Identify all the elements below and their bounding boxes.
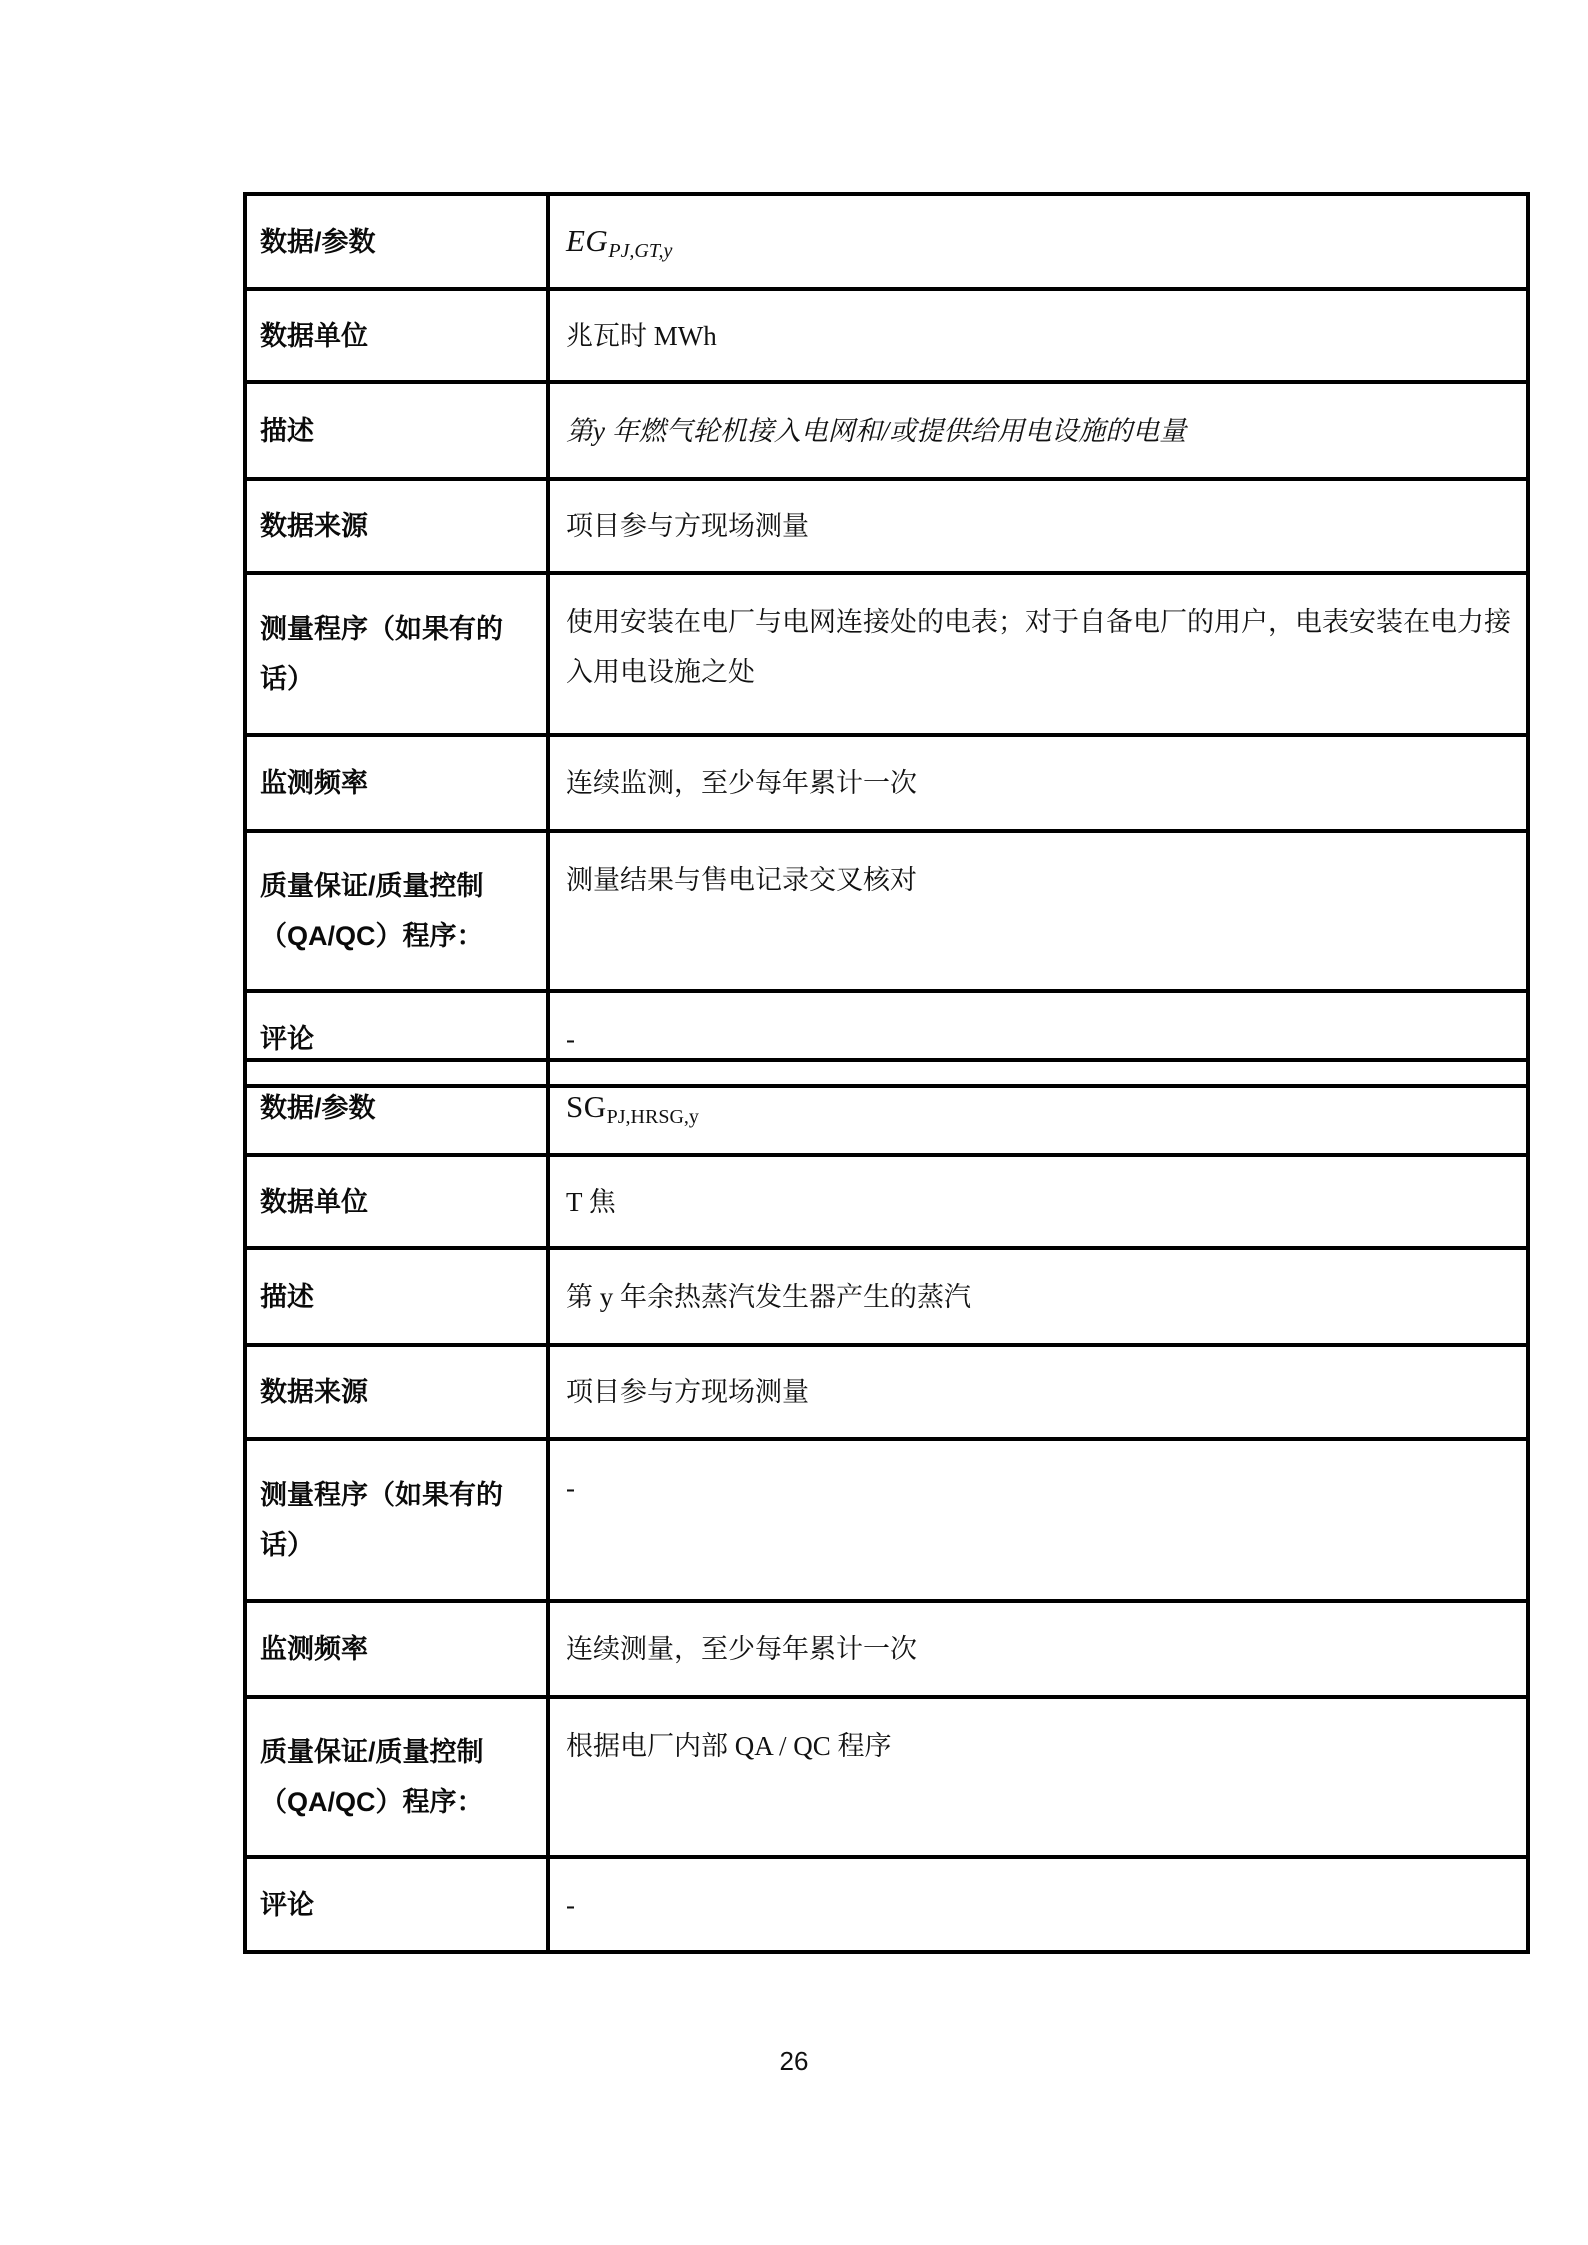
field-label-data-parameter: 数据/参数 bbox=[245, 1060, 548, 1155]
field-value-measurement-procedure: 使用安装在电厂与电网连接处的电表；对于自备电厂的用户，电表安装在电力接入用电设施… bbox=[548, 573, 1528, 735]
field-value-data-source: 项目参与方现场测量 bbox=[548, 1345, 1528, 1439]
field-value-qa-qc-procedures: 测量结果与售电记录交叉核对 bbox=[548, 831, 1528, 991]
table-row: 描述 第 y 年余热蒸汽发生器产生的蒸汽 bbox=[245, 1248, 1528, 1345]
field-label-monitoring-frequency: 监测频率 bbox=[245, 1601, 548, 1697]
table-row: 评论 - bbox=[245, 1857, 1528, 1952]
parameter-subscript: PJ,HRSG,y bbox=[607, 1106, 699, 1128]
table-row: 数据来源 项目参与方现场测量 bbox=[245, 1345, 1528, 1439]
field-value-monitoring-frequency: 连续监测，至少每年累计一次 bbox=[548, 735, 1528, 831]
document-page: { "page": { "number": "26", "border_colo… bbox=[0, 0, 1588, 2245]
table-row: 描述 第y 年燃气轮机接入电网和/或提供给用电设施的电量 bbox=[245, 382, 1528, 479]
table-row: 质量保证/质量控制（QA/QC）程序： 根据电厂内部 QA / QC 程序 bbox=[245, 1697, 1528, 1857]
table-row: 测量程序（如果有的话） - bbox=[245, 1439, 1528, 1601]
field-value-description: 第 y 年余热蒸汽发生器产生的蒸汽 bbox=[548, 1248, 1528, 1345]
field-value-measurement-procedure: - bbox=[548, 1439, 1528, 1601]
field-label-description: 描述 bbox=[245, 1248, 548, 1345]
field-label-monitoring-frequency: 监测频率 bbox=[245, 735, 548, 831]
field-value-comment: - bbox=[548, 1857, 1528, 1952]
table-row: 数据/参数 SGPJ,HRSG,y bbox=[245, 1060, 1528, 1155]
table-row: 监测频率 连续测量，至少每年累计一次 bbox=[245, 1601, 1528, 1697]
field-value-data-source: 项目参与方现场测量 bbox=[548, 479, 1528, 573]
parameter-table-1: 数据/参数 EGPJ,GT,y 数据单位 兆瓦时 MWh 描述 第y 年燃气轮机… bbox=[243, 192, 1530, 1088]
table-row: 监测频率 连续监测，至少每年累计一次 bbox=[245, 735, 1528, 831]
table-row: 质量保证/质量控制（QA/QC）程序： 测量结果与售电记录交叉核对 bbox=[245, 831, 1528, 991]
field-value-qa-qc-procedures: 根据电厂内部 QA / QC 程序 bbox=[548, 1697, 1528, 1857]
field-value-data-unit: 兆瓦时 MWh bbox=[548, 289, 1528, 382]
field-label-qa-qc-procedures: 质量保证/质量控制（QA/QC）程序： bbox=[245, 831, 548, 991]
field-value-data-unit: T 焦 bbox=[548, 1155, 1528, 1248]
field-label-data-source: 数据来源 bbox=[245, 1345, 548, 1439]
field-label-qa-qc-procedures: 质量保证/质量控制（QA/QC）程序： bbox=[245, 1697, 548, 1857]
field-value-description: 第y 年燃气轮机接入电网和/或提供给用电设施的电量 bbox=[548, 382, 1528, 479]
field-value-monitoring-frequency: 连续测量，至少每年累计一次 bbox=[548, 1601, 1528, 1697]
table-row: 测量程序（如果有的话） 使用安装在电厂与电网连接处的电表；对于自备电厂的用户，电… bbox=[245, 573, 1528, 735]
field-label-data-unit: 数据单位 bbox=[245, 289, 548, 382]
field-label-measurement-procedure: 测量程序（如果有的话） bbox=[245, 573, 548, 735]
parameter-table-2: 数据/参数 SGPJ,HRSG,y 数据单位 T 焦 描述 第 y 年余热蒸汽发… bbox=[243, 1058, 1530, 1954]
parameter-symbol: SGPJ,HRSG,y bbox=[566, 1089, 699, 1124]
field-label-data-unit: 数据单位 bbox=[245, 1155, 548, 1248]
table-row: 数据单位 兆瓦时 MWh bbox=[245, 289, 1528, 382]
parameter-subscript: PJ,GT,y bbox=[608, 240, 672, 262]
parameter-symbol: EGPJ,GT,y bbox=[566, 223, 672, 258]
field-label-data-source: 数据来源 bbox=[245, 479, 548, 573]
table-row: 数据来源 项目参与方现场测量 bbox=[245, 479, 1528, 573]
table-row: 数据/参数 EGPJ,GT,y bbox=[245, 194, 1528, 289]
field-label-measurement-procedure: 测量程序（如果有的话） bbox=[245, 1439, 548, 1601]
field-value-data-parameter: SGPJ,HRSG,y bbox=[548, 1060, 1528, 1155]
field-label-comment: 评论 bbox=[245, 1857, 548, 1952]
field-label-description: 描述 bbox=[245, 382, 548, 479]
table-row: 数据单位 T 焦 bbox=[245, 1155, 1528, 1248]
field-value-data-parameter: EGPJ,GT,y bbox=[548, 194, 1528, 289]
field-label-data-parameter: 数据/参数 bbox=[245, 194, 548, 289]
page-number: 26 bbox=[0, 2046, 1588, 2077]
